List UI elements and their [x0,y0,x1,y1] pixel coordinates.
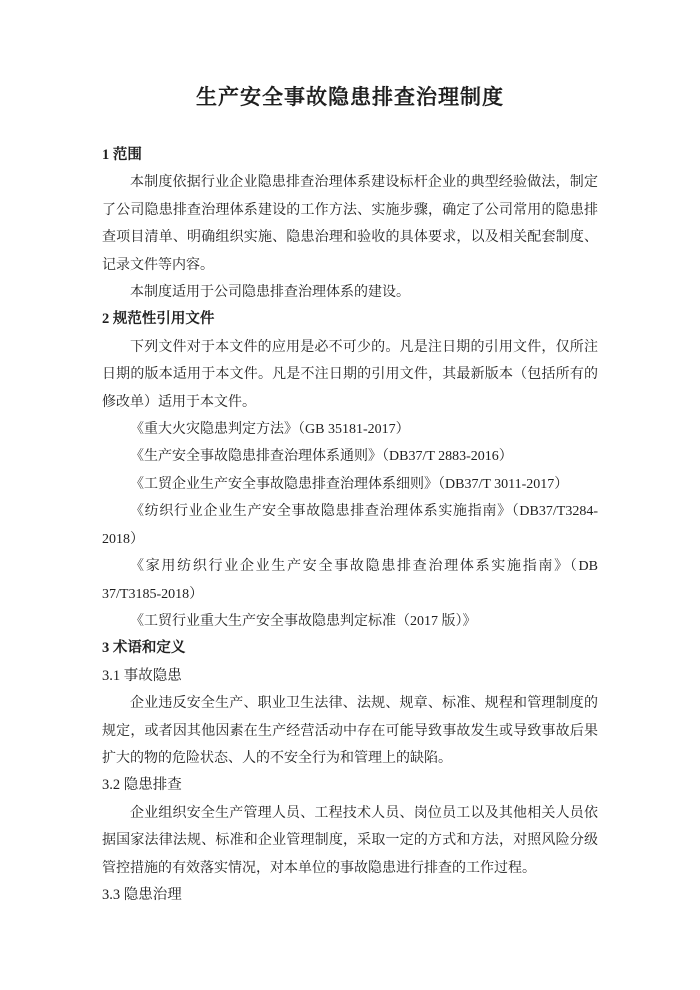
section-heading-terms-definitions: 3 术语和定义 [102,635,598,662]
document-title: 生产安全事故隐患排查治理制度 [102,80,598,114]
term-definition: 企业组织安全生产管理人员、工程技术人员、岗位员工以及其他相关人员依据国家法律法规… [102,800,598,882]
term-definition: 企业违反安全生产、职业卫生法律、法规、规章、标准、规程和管理制度的规定，或者因其… [102,690,598,772]
section-heading-normative-references: 2 规范性引用文件 [102,306,598,333]
reference-item: 《家用纺织行业企业生产安全事故隐患排查治理体系实施指南》（DB 37/T3185… [102,553,598,608]
term-heading-accident-hidden-danger: 3.1 事故隐患 [102,663,598,690]
reference-item: 《工贸行业重大生产安全事故隐患判定标准（2017 版）》 [102,608,598,635]
term-heading-hidden-danger-treatment: 3.3 隐患治理 [102,882,598,909]
paragraph: 下列文件对于本文件的应用是必不可少的。凡是注日期的引用文件，仅所注日期的版本适用… [102,334,598,416]
reference-item: 《纺织行业企业生产安全事故隐患排查治理体系实施指南》（DB37/T3284-20… [102,498,598,553]
document-page: 生产安全事故隐患排查治理制度 1 范围 本制度依据行业企业隐患排查治理体系建设标… [0,0,700,990]
reference-item: 《工贸企业生产安全事故隐患排查治理体系细则》（DB37/T 3011-2017） [102,471,598,498]
term-heading-hidden-danger-investigation: 3.2 隐患排查 [102,772,598,799]
paragraph: 本制度依据行业企业隐患排查治理体系建设标杆企业的典型经验做法，制定了公司隐患排查… [102,169,598,279]
paragraph: 本制度适用于公司隐患排查治理体系的建设。 [102,279,598,306]
reference-item: 《重大火灾隐患判定方法》（GB 35181-2017） [102,416,598,443]
section-heading-scope: 1 范围 [102,142,598,169]
reference-item: 《生产安全事故隐患排查治理体系通则》（DB37/T 2883-2016） [102,443,598,470]
